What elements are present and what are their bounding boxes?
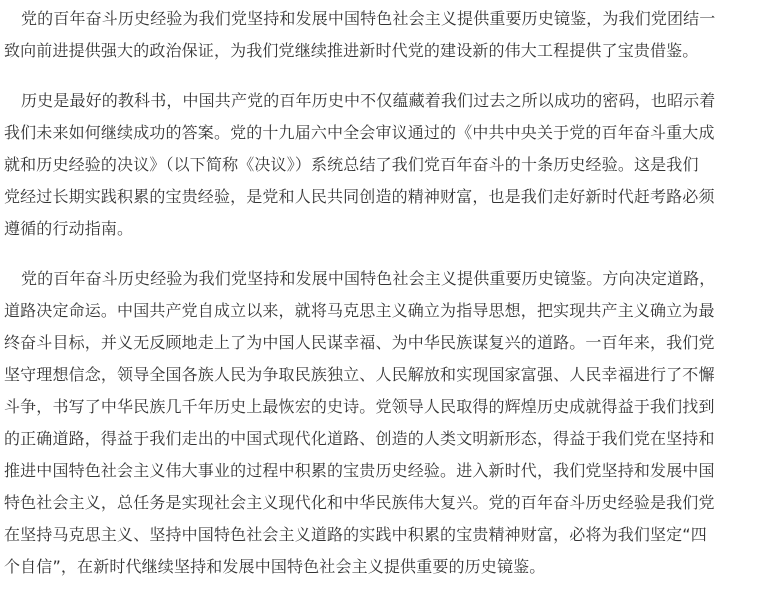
text-line: 在坚持马克思主义、坚持中国特色社会主义道路的实践中积累的宝贵精神财富，必将为我们… [4,519,780,551]
paragraph-2: 历史是最好的教科书，中国共产党的百年历史中不仅蕴藏着我们过去之所以成功的密码，也… [4,85,780,245]
paragraph-3: 党的百年奋斗历史经验为我们党坚持和发展中国特色社会主义提供重要历史镜鉴。方向决定… [4,263,780,583]
text-line: 党的百年奋斗历史经验为我们党坚持和发展中国特色社会主义提供重要历史镜鉴。方向决定… [4,263,780,295]
text-line: 致向前进提供强大的政治保证，为我们党继续推进新时代党的建设新的伟大工程提供了宝贵… [4,35,780,67]
text-line: 的正确道路，得益于我们走出的中国式现代化道路、创造的人类文明新形态，得益于我们党… [4,423,780,455]
text-line: 坚守理想信念，领导全国各族人民为争取民族独立、人民解放和实现国家富强、人民幸福进… [4,359,780,391]
text-line: 党的百年奋斗历史经验为我们党坚持和发展中国特色社会主义提供重要历史镜鉴，为我们党… [4,3,780,35]
text-line: 道路决定命运。中国共产党自成立以来，就将马克思主义确立为指导思想，把实现共产主义… [4,295,780,327]
article-body: 党的百年奋斗历史经验为我们党坚持和发展中国特色社会主义提供重要历史镜鉴，为我们党… [4,3,780,598]
text-line: 推进中国特色社会主义伟大事业的过程中积累的宝贵历史经验。进入新时代，我们党坚持和… [4,455,780,487]
text-line: 就和历史经验的决议》（以下简称《决议》）系统总结了我们党百年奋斗的十条历史经验。… [4,149,780,181]
paragraph-1: 党的百年奋斗历史经验为我们党坚持和发展中国特色社会主义提供重要历史镜鉴，为我们党… [4,3,780,67]
text-line: 斗争，书写了中华民族几千年历史上最恢宏的史诗。党领导人民取得的辉煌历史成就得益于… [4,391,780,423]
text-line: 个自信”，在新时代继续坚持和发展中国特色社会主义提供重要的历史镜鉴。 [4,551,780,583]
text-line: 党经过长期实践积累的宝贵经验，是党和人民共同创造的精神财富，也是我们走好新时代赶… [4,181,780,213]
text-line: 遵循的行动指南。 [4,213,780,245]
text-line: 历史是最好的教科书，中国共产党的百年历史中不仅蕴藏着我们过去之所以成功的密码，也… [4,85,780,117]
text-line: 终奋斗目标，并义无反顾地走上了为中国人民谋幸福、为中华民族谋复兴的道路。一百年来… [4,327,780,359]
text-line: 我们未来如何继续成功的答案。党的十九届六中全会审议通过的《中共中央关于党的百年奋… [4,117,780,149]
text-line: 特色社会主义，总任务是实现社会主义现代化和中华民族伟大复兴。党的百年奋斗历史经验… [4,487,780,519]
